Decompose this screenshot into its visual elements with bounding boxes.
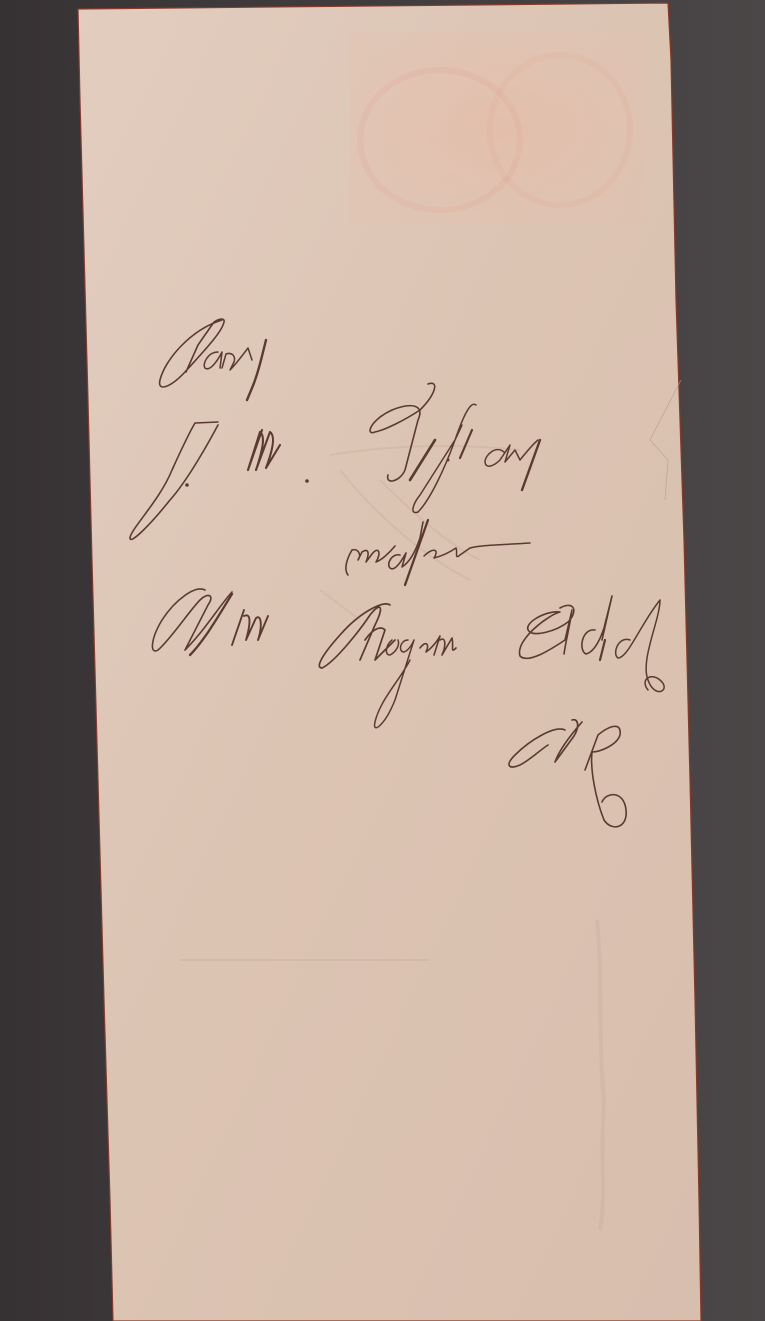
- paper-sheet: [0, 0, 765, 1321]
- document-photo: Pay J. M. Dficy order Wm Rogers Todd Clk: [0, 0, 765, 1321]
